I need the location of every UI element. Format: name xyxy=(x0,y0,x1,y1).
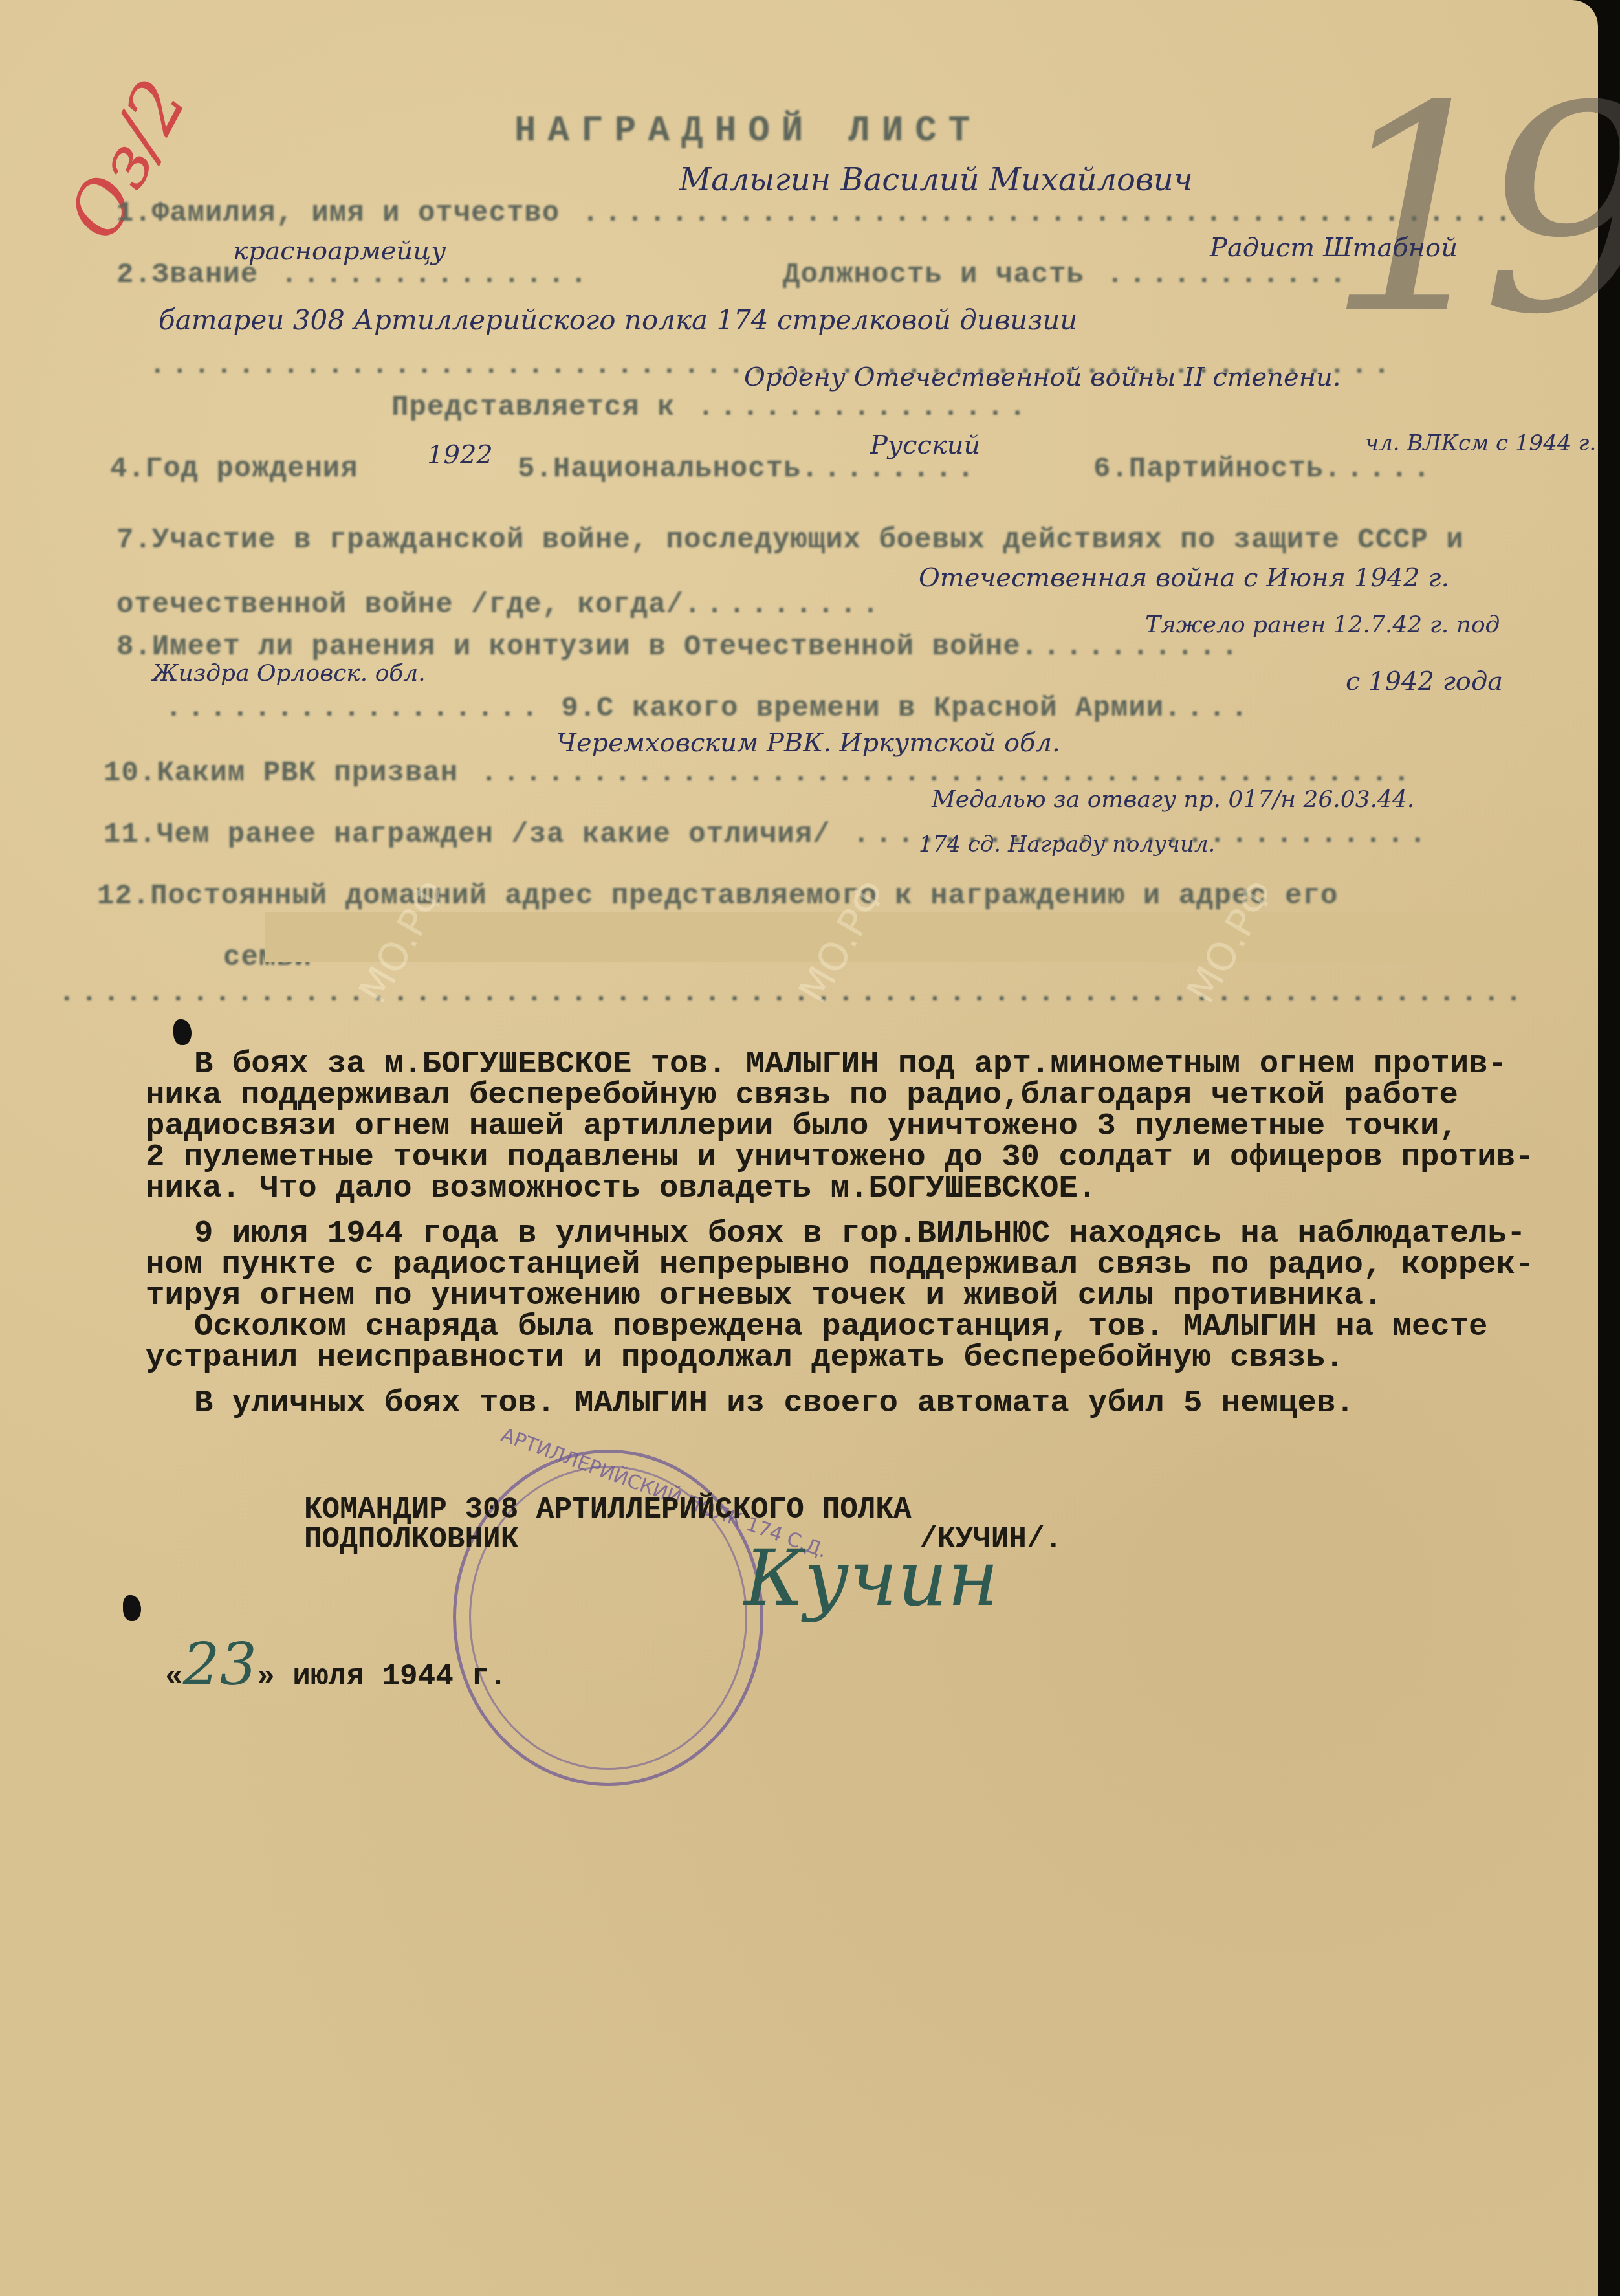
field-3-value: Радист Штабной xyxy=(1210,233,1458,263)
citation-line: ника поддерживал бесперебойную связь по … xyxy=(146,1079,1582,1110)
citation-line: Осколком снаряда была повреждена радиост… xyxy=(146,1311,1582,1342)
citation-line: ном пункте с радиостанцией непрерывно по… xyxy=(146,1249,1582,1280)
redacted-address xyxy=(265,912,1598,962)
punch-hole xyxy=(123,1595,141,1621)
field-3-label: Должность и часть ........... xyxy=(783,259,1352,291)
field-11-value-continued: 174 сд. Награду получил. xyxy=(919,832,1215,857)
citation-line: радиосвязи огнем нашей артиллерии было у… xyxy=(146,1110,1582,1142)
field-9-value: с 1942 года xyxy=(1346,667,1503,696)
field-11-label: 11.Чем ранее награжден /за какие отличия… xyxy=(104,819,1432,851)
field-11-value: Медалью за отвагу пр. 017/н 26.03.44. xyxy=(932,786,1414,813)
field-6-label: 6.Партийность..... xyxy=(1093,453,1435,485)
presented-to-label: Представляется к ............... xyxy=(391,392,1031,424)
citation-line: В боях за м.БОГУШЕВСКОЕ тов. МАЛЫГИН под… xyxy=(146,1048,1582,1079)
citation-line: В уличных боях тов. МАЛЫГИН из своего ав… xyxy=(146,1387,1582,1418)
citation-line: устранил неисправности и продолжал держа… xyxy=(146,1342,1582,1373)
field-8-value-continued: Жиздра Орловск. обл. xyxy=(152,660,426,687)
presented-to-value: Ордену Отечественной войны II степени. xyxy=(744,362,1341,392)
field-8-label: 8.Имеет ли ранения и контузии в Отечеств… xyxy=(116,631,1243,663)
field-12-label: 12.Постоянный домашний адрес представляе… xyxy=(97,880,1338,912)
citation-line: 9 июля 1944 года в уличных боях в гор.ВИ… xyxy=(146,1218,1582,1249)
field-4-label: 4.Год рождения xyxy=(110,453,358,485)
field-2-value: красноармейцу xyxy=(233,236,446,266)
punch-hole xyxy=(173,1019,192,1045)
field-5-value: Русский xyxy=(870,430,980,460)
field-4-value: 1922 xyxy=(427,440,493,470)
commander-title: КОМАНДИР 308 АРТИЛЛЕРИЙСКОГО ПОЛКА xyxy=(304,1495,1062,1525)
citation-line: 2 пулеметные точки подавлены и уничтожен… xyxy=(146,1142,1582,1173)
citation-line: тируя огнем по уничтожению огневых точек… xyxy=(146,1280,1582,1311)
field-3-value-continued: батареи 308 Артиллерийского полка 174 ст… xyxy=(159,304,1077,336)
citation-text: В боях за м.БОГУШЕВСКОЕ тов. МАЛЫГИН под… xyxy=(146,1048,1582,1418)
citation-line: ника. Что дало возможность овладеть м.БО… xyxy=(146,1173,1582,1204)
field-1-value: Малыгин Василий Михайлович xyxy=(679,162,1193,198)
field-9-label: ................. 9.С какого времени в К… xyxy=(165,692,1253,725)
field-6-value: чл. ВЛКсм с 1944 г. xyxy=(1365,430,1596,456)
field-10-label: 10.Каким РВК призван ...................… xyxy=(104,757,1415,789)
award-sheet-page: Оз/2 192 НАГРАДНОЙ ЛИСТ 1.Фамилия, имя и… xyxy=(0,0,1598,2296)
field-7-value: Отечественная война с Июня 1942 г. xyxy=(919,563,1449,593)
field-8-value: Тяжело ранен 12.7.42 г. под xyxy=(1145,612,1500,638)
document-title: НАГРАДНОЙ ЛИСТ xyxy=(514,110,981,151)
handwritten-signature: Кучин xyxy=(744,1534,998,1624)
field-1-label: 1.Фамилия, имя и отчество ..............… xyxy=(116,197,1517,230)
field-10-value: Черемховским РВК. Иркутской обл. xyxy=(556,728,1060,758)
document-date: «23» июля 1944 г. xyxy=(165,1631,507,1699)
